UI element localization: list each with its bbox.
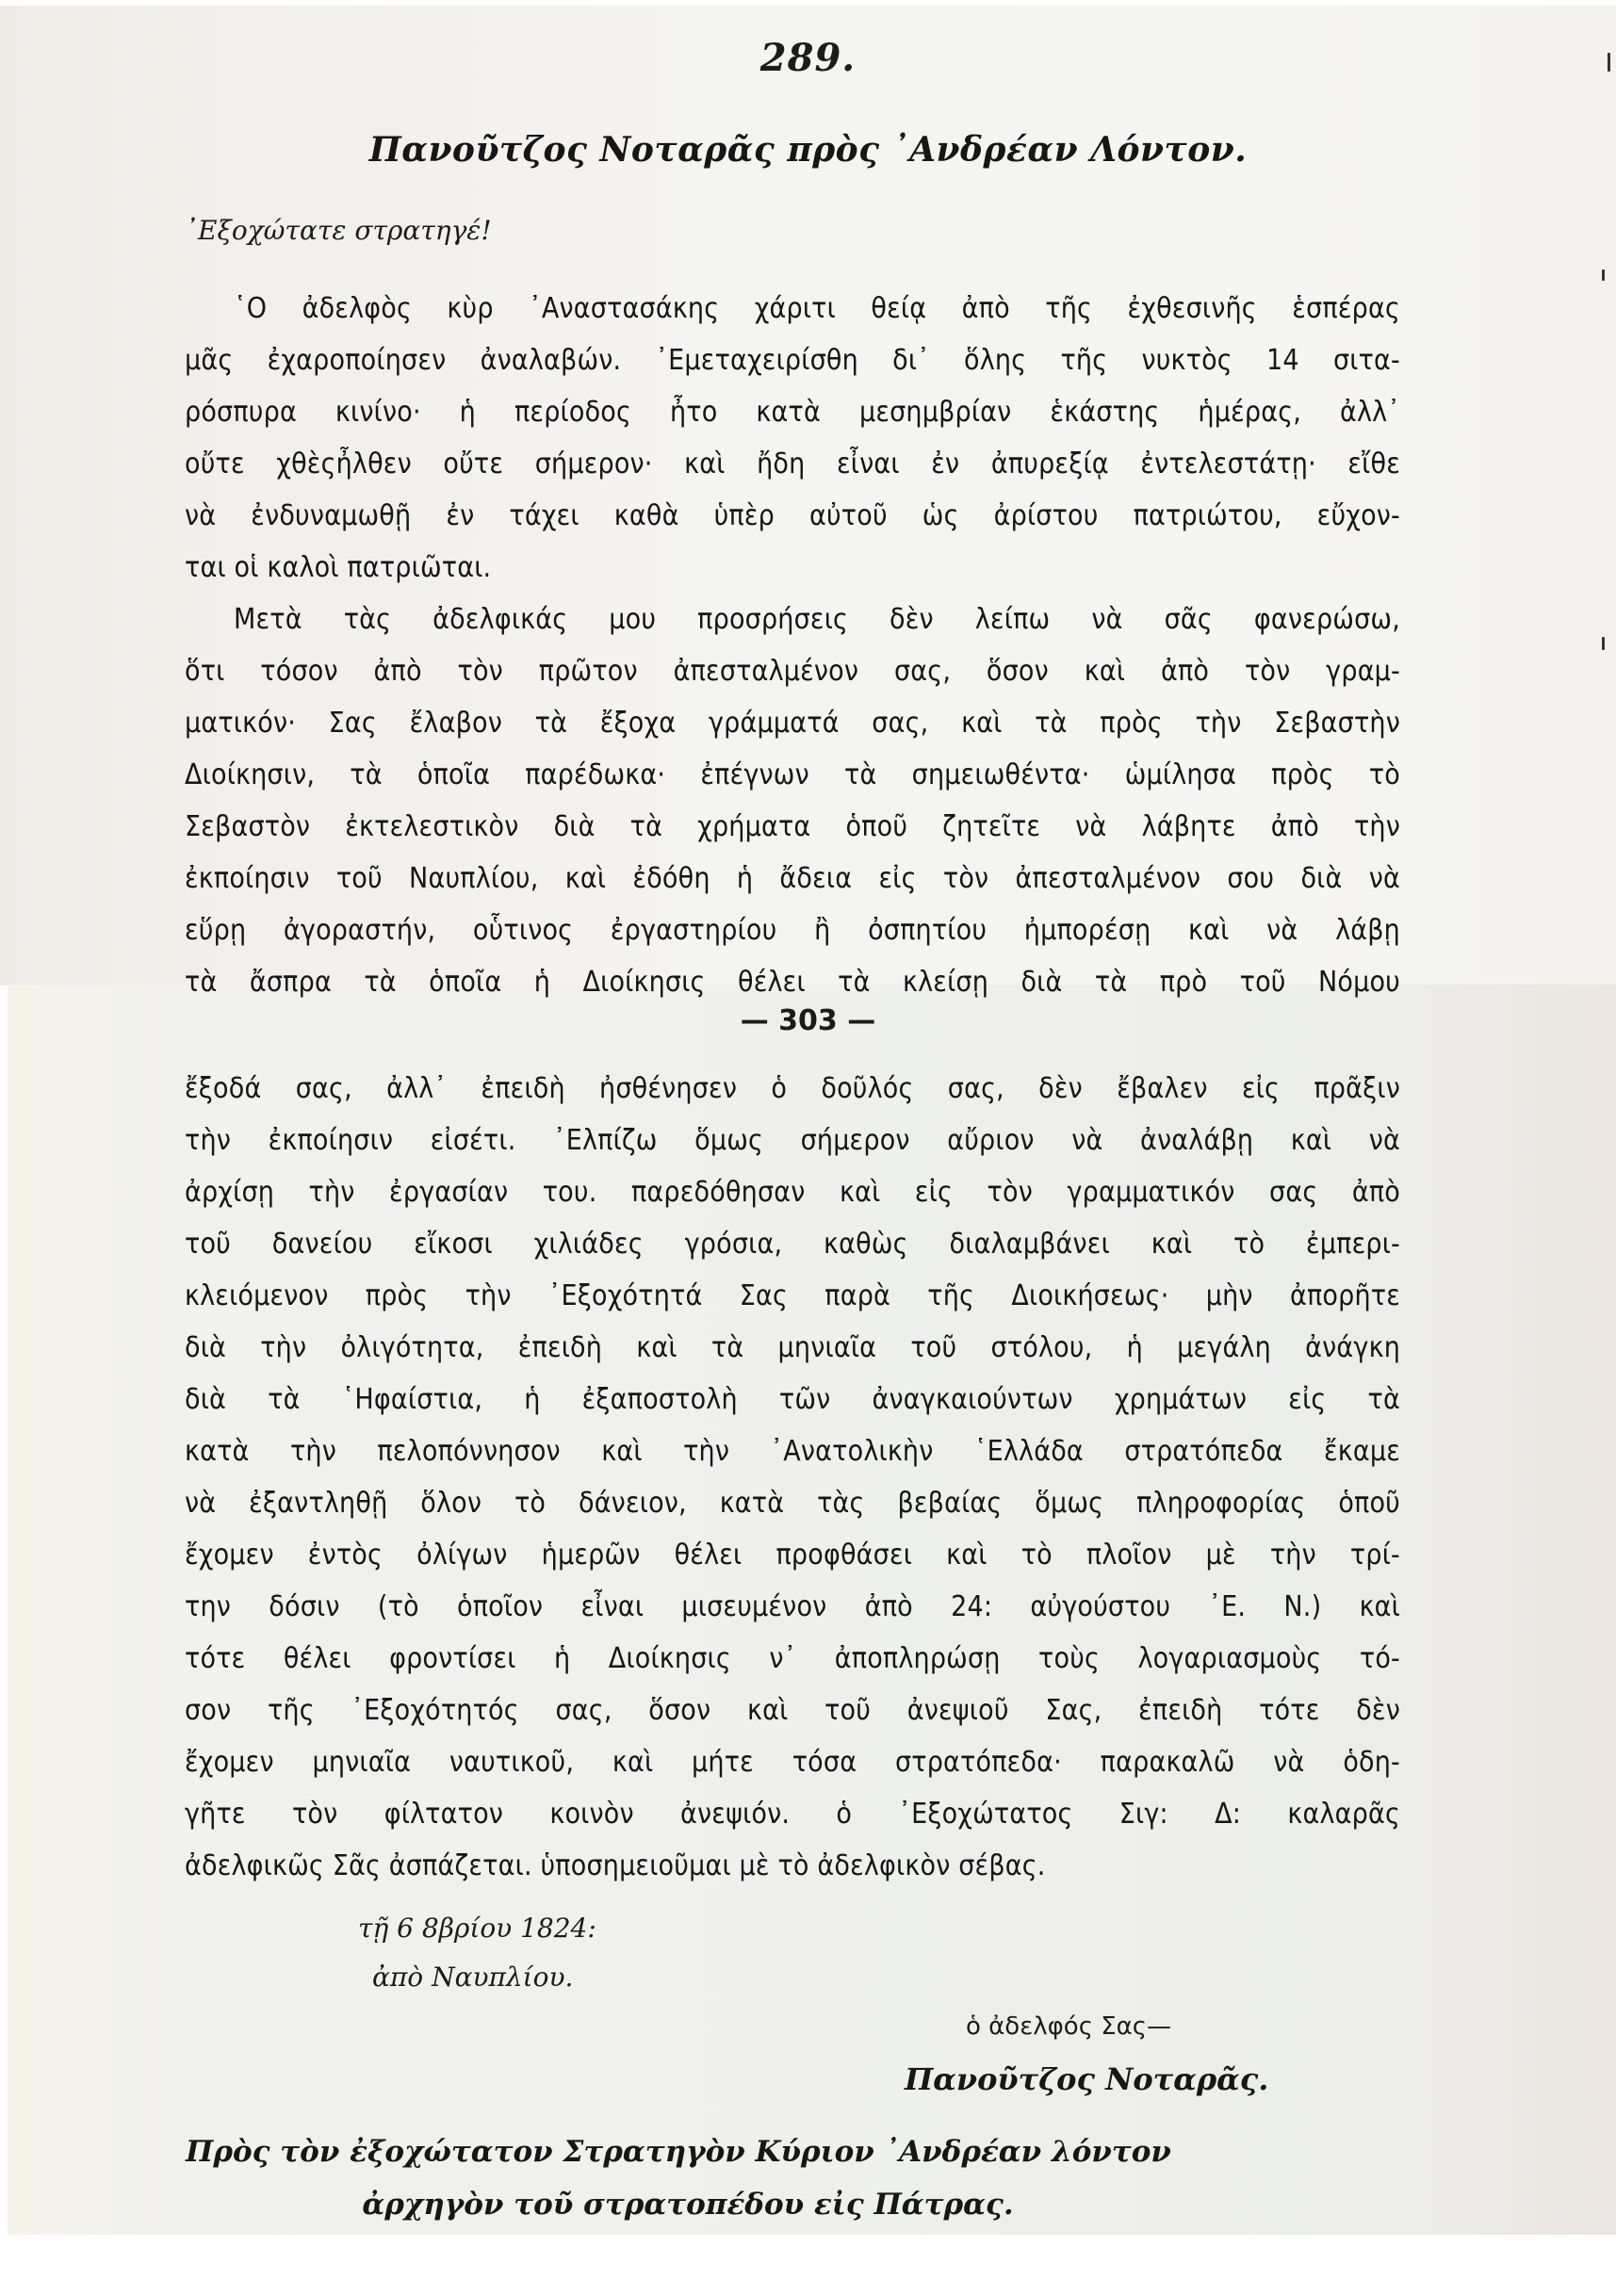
text-line: ῾Ο ἀδελφὸς κὺρ ᾿Αναστασάκης χάριτι θείᾳ … [185, 283, 1400, 334]
margin-mark [1602, 637, 1605, 650]
text-line: διὰ τὴν ὀλιγότητα, ἐπειδὴ καὶ τὰ μηνιαῖα… [185, 1322, 1400, 1374]
address-line-2: ἀρχηγὸν τοῦ στρατοπέδου εἰς Πάτρας. [0, 2188, 1376, 2222]
text-line: τότε θέλει φροντίσει ἡ Διοίκησις ν᾿ ἀποπ… [185, 1633, 1400, 1685]
letter-date: τῇ 6 8βρίου 1824: [358, 1913, 596, 1944]
text-line: κατὰ τὴν πελοπόννησον καὶ τὴν ᾿Ανατολικὴ… [185, 1425, 1400, 1477]
text-line: οὔτε χθὲςἦλθεν οὔτε σήμερον· καὶ ἤδη εἶν… [185, 438, 1400, 490]
letter-heading: Πανοῦτζος Νοταρᾶς πρὸς ᾿Ανδρέαν Λόντον. [0, 130, 1616, 170]
text-line: διὰ τὰ ῾Ηφαίστια, ἡ ἐξαποστολὴ τῶν ἀναγκ… [185, 1374, 1400, 1425]
text-line: ται οἱ καλοὶ πατριῶται. [185, 542, 1400, 594]
text-line: ἐκποίησιν τοῦ Ναυπλίου, καὶ ἐδόθη ἡ ἄδει… [185, 853, 1400, 904]
text-line: τὴν ἐκποίησιν εἰσέτι. ᾿Ελπίζω ὅμως σήμερ… [185, 1115, 1400, 1166]
text-line: μᾶς ἐχαροποίησεν ἀναλαβών. ᾿Εμεταχειρίσθ… [185, 334, 1400, 386]
text-line: την δόσιν (τὸ ὁποῖον εἶναι μισευμένον ἀπ… [185, 1581, 1400, 1633]
text-line: Σεβαστὸν ἐκτελεστικὸν διὰ τὰ χρήματα ὁπο… [185, 801, 1400, 853]
text-line: Διοίκησιν, τὰ ὁποῖα παρέδωκα· ἐπέγνων τὰ… [185, 749, 1400, 801]
text-line: ἔχομεν ἐντὸς ὀλίγων ἡμερῶν θέλει προφθάσ… [185, 1529, 1400, 1581]
text-line: ρόσπυρα κινίνο· ἡ περίοδος ἦτο κατὰ μεση… [185, 386, 1400, 438]
text-line: νὰ ἐνδυναμωθῇ ἐν τάχει καθὰ ὑπὲρ αὐτοῦ ὡ… [185, 490, 1400, 542]
page-number: — 303 — [0, 1004, 1616, 1037]
text-line: ὅτι τόσον ἀπὸ τὸν πρῶτον ἀπεσταλμένον σα… [185, 645, 1400, 697]
letter-body-top: ῾Ο ἀδελφὸς κὺρ ᾿Αναστασάκης χάριτι θείᾳ … [185, 283, 1400, 1008]
text-line: ἔξοδά σας, ἀλλ᾿ ἐπειδὴ ἠσθένησεν ὁ δοῦλό… [185, 1063, 1400, 1115]
text-line: Μετὰ τὰς ἀδελφικάς μου προσρήσεις δὲν λε… [185, 594, 1400, 645]
text-line: ἔχομεν μηνιαῖα ναυτικοῦ, καὶ μήτε τόσα σ… [185, 1736, 1400, 1788]
text-line: κλειόμενον πρὸς τὴν ᾿Εξοχότητά Σας παρὰ … [185, 1270, 1400, 1322]
text-line: ματικόν· Σας ἔλαβον τὰ ἔξοχα γράμματά σα… [185, 697, 1400, 749]
text-line: τὰ ἄσπρα τὰ ὁποῖα ἡ Διοίκησις θέλει τὰ κ… [185, 956, 1400, 1008]
address-line-1: Πρὸς τὸν ἐξοχώτατον Στρατηγὸν Κύριον ᾿Αν… [0, 2135, 1357, 2169]
text-line: ἀδελφικῶς Σᾶς ἀσπάζεται. ὑποσημειοῦμαι μ… [185, 1840, 1400, 1892]
text-line: σον τῆς ᾿Εξοχότητός σας, ὅσον καὶ τοῦ ἀν… [185, 1685, 1400, 1736]
text-line: ἀρχίσῃ τὴν ἐργασίαν του. παρεδόθησαν καὶ… [185, 1166, 1400, 1218]
document-number: 289. [0, 36, 1616, 80]
signature: Πανοῦτζος Νοταρᾶς. [905, 2061, 1268, 2097]
letter-body-bottom: ἔξοδά σας, ἀλλ᾿ ἐπειδὴ ἠσθένησεν ὁ δοῦλό… [185, 1063, 1400, 1892]
text-line: νὰ ἐξαντληθῇ ὅλον τὸ δάνειον, κατὰ τὰς β… [185, 1477, 1400, 1529]
letter-place: ἀπὸ Ναυπλίου. [372, 1962, 573, 1993]
signoff: ὁ ἀδελφός Σας— [966, 2012, 1171, 2041]
salutation: ᾿Εξοχώτατε στρατηγέ! [185, 215, 492, 246]
text-line: γῆτε τὸν φίλτατον κοινὸν ἀνεψιόν. ὁ ᾿Εξο… [185, 1788, 1400, 1840]
margin-mark [1602, 269, 1605, 281]
text-line: τοῦ δανείου εἴκοσι χιλιάδες γρόσια, καθὼ… [185, 1218, 1400, 1270]
text-line: εὕρῃ ἀγοραστήν, οὗτινος ἐργαστηρίου ἢ ὀσ… [185, 904, 1400, 956]
